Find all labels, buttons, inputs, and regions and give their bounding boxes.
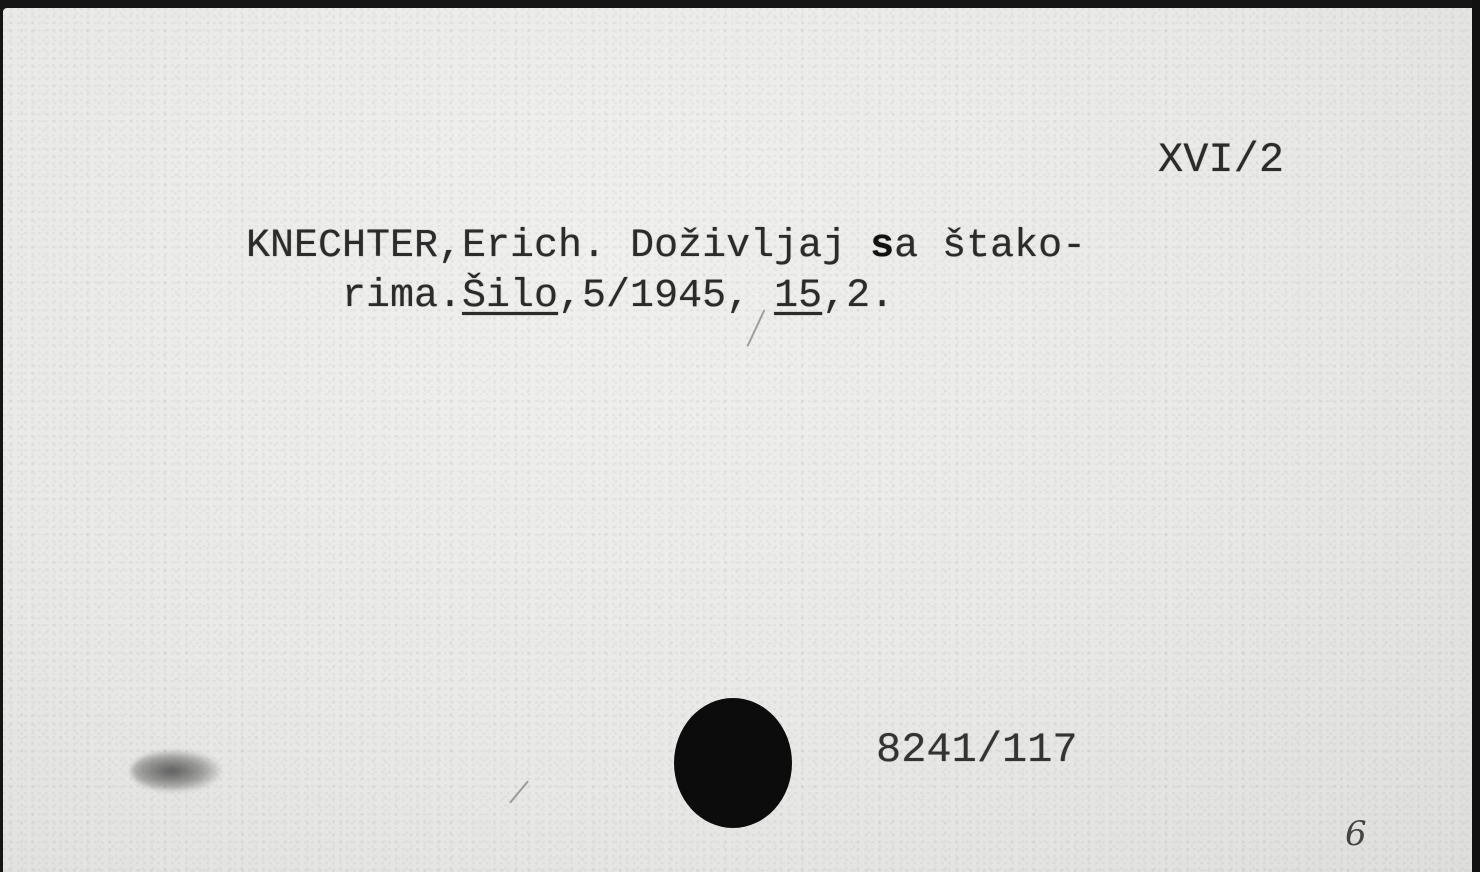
handwritten-mark: 6: [1345, 814, 1367, 854]
catalog-card: XVI/2 KNECHTER,Erich. Doživljaj sa štako…: [3, 8, 1473, 872]
ink-smudge: [131, 750, 221, 792]
title-continued: a štako-: [894, 224, 1086, 269]
ink-blot-letter: s: [870, 224, 894, 269]
page-number: ,2.: [822, 274, 894, 319]
issue-date: ,5/1945,: [558, 274, 774, 319]
author-and-title-start: KNECHTER,Erich. Doživljaj: [246, 224, 870, 269]
title-end: rima.: [342, 274, 462, 319]
journal-name: Šilo: [462, 274, 558, 319]
scan-border: [1472, 0, 1480, 872]
catalog-number: 8241/117: [876, 726, 1078, 774]
volume-number: 15: [774, 274, 822, 319]
bibliographic-entry-line-1: KNECHTER,Erich. Doživljaj sa štako-: [246, 224, 1086, 269]
pencil-stroke: [509, 781, 529, 804]
classification-mark: XVI/2: [1158, 136, 1284, 184]
bibliographic-entry-line-2: rima.Šilo,5/1945, 15,2.: [342, 274, 894, 319]
punch-hole: [674, 698, 792, 828]
scanned-catalog-card-image: XVI/2 KNECHTER,Erich. Doživljaj sa štako…: [0, 0, 1480, 872]
